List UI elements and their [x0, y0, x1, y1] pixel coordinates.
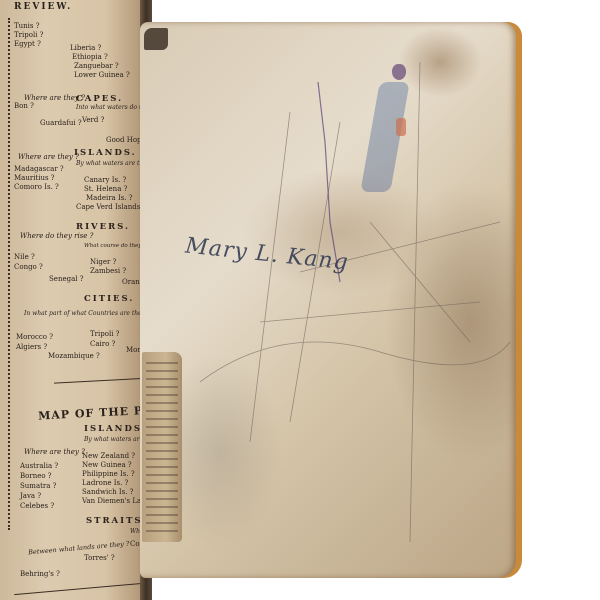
list-item: New Zealand ? — [82, 452, 135, 460]
question: Where are they ? — [24, 94, 85, 102]
list-item: Canary Is. ? — [84, 176, 126, 184]
list-item: Madeira Is. ? — [86, 194, 133, 202]
page-header: REVIEW. — [14, 2, 72, 12]
section-title-rivers: RIVERS. — [76, 222, 130, 232]
question: By what waters are they surrounded ? — [76, 160, 150, 168]
list-item: Liberia ? — [70, 44, 101, 52]
pencil-scribbles — [140, 22, 522, 578]
list-item: Madagascar ? — [14, 165, 64, 173]
child-sketch-figure — [350, 60, 420, 210]
list-item: Mauritius ? — [14, 174, 55, 182]
book-photo: REVIEW. Tunis ? Tripoli ? Egypt ? Liberi… — [0, 0, 600, 600]
list-item: Nile ? — [14, 253, 35, 261]
question: Into what waters do they project ? — [76, 104, 150, 112]
section-title-cities: CITIES. — [84, 294, 134, 304]
sketch-head — [392, 64, 406, 80]
list-item: Sumatra ? — [20, 482, 56, 490]
list-item: Senegal ? — [49, 275, 83, 283]
question: Where are they ? — [18, 153, 79, 161]
list-item: Algiers ? — [16, 343, 47, 351]
list-item: Tripoli ? — [14, 31, 43, 39]
list-item: St. Helena ? — [84, 185, 127, 193]
list-item: Niger ? — [90, 258, 116, 266]
list-item: Egypt ? — [14, 40, 41, 48]
sketch-accent — [396, 118, 406, 136]
list-item: Zambesi ? — [90, 267, 126, 275]
printed-review-page: REVIEW. Tunis ? Tripoli ? Egypt ? Liberi… — [0, 0, 150, 600]
section-title-islands: ISLANDS. — [74, 148, 137, 158]
list-item: Zanguebar ? — [74, 62, 119, 70]
list-item: Celebes ? — [20, 502, 54, 510]
list-item: Cairo ? — [90, 340, 115, 348]
list-item: Guardafui ? — [40, 119, 82, 127]
list-item: Ethiopia ? — [72, 53, 108, 61]
list-item: Australia ? — [20, 462, 58, 470]
page-border-decoration — [8, 18, 10, 530]
question: In what part of what Countries are they … — [24, 310, 150, 318]
list-item: Borneo ? — [20, 472, 52, 480]
list-item: Mozambique ? — [48, 352, 100, 360]
page-bottom-rule — [14, 582, 150, 595]
question: Where are they ? — [24, 448, 85, 456]
sketch-body — [360, 82, 409, 192]
list-item: New Guinea ? — [82, 461, 132, 469]
list-item: Lower Guinea ? — [74, 71, 130, 79]
list-item: Torres' ? — [84, 554, 115, 562]
list-item: Cape Verd Islands ? — [76, 203, 146, 211]
list-item: Comoro Is. ? — [14, 183, 59, 191]
list-item: Morocco ? — [16, 333, 53, 341]
fragment-text-lines — [146, 362, 178, 532]
list-item: Sandwich Is. ? — [82, 488, 133, 496]
list-item: Tripoli ? — [90, 330, 119, 338]
list-item: Ladrone Is. ? — [82, 479, 128, 487]
torn-page-fragment — [142, 352, 182, 542]
list-item: Bon ? — [14, 102, 34, 110]
list-item: Verd ? — [82, 116, 104, 124]
section-title-pacific-islands: ISLANDS. — [84, 424, 147, 434]
list-item: Philippine Is. ? — [82, 470, 135, 478]
list-item: Behring's ? — [20, 570, 60, 578]
list-item: Java ? — [20, 492, 41, 500]
list-item: Tunis ? — [14, 22, 40, 30]
list-item: Congo ? — [14, 263, 43, 271]
question: Where do they rise ? — [20, 232, 93, 240]
section-title-straits: STRAITS. — [86, 516, 147, 526]
section-divider — [54, 377, 150, 383]
map-heading: MAP OF THE PACIFIC OCEAN. — [38, 398, 150, 422]
